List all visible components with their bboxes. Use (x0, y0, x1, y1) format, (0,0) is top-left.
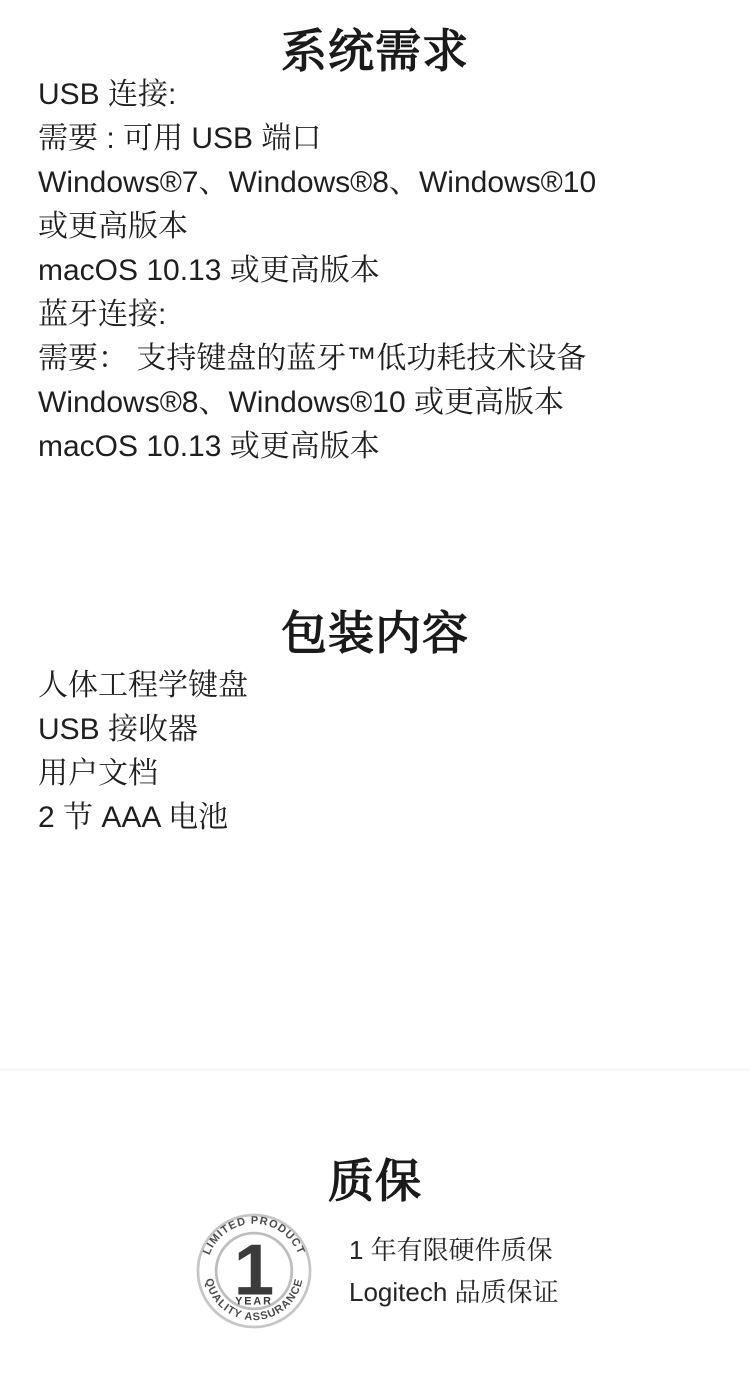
system-requirements-list: USB 连接: 需要 : 可用 USB 端口 Windows®7、Windows… (38, 73, 718, 469)
package-content-item: 2 节 AAA 电池 (38, 796, 718, 840)
system-requirement-line: macOS 10.13 或更高版本 (38, 425, 718, 469)
badge-year-label: YEAR (235, 1295, 273, 1307)
warranty-text: 1 年有限硬件质保 Logitech 品质保证 (349, 1229, 559, 1313)
warranty-line: Logitech 品质保证 (349, 1271, 559, 1313)
system-requirement-line: USB 连接: (38, 73, 718, 117)
one-year-warranty-badge-icon: LIMITED PRODUCT QUALITY ASSURANCE 1 YEAR (195, 1212, 313, 1330)
system-requirement-line: 或更高版本 (38, 205, 718, 249)
warranty-title: 质保 (0, 1158, 750, 1204)
package-contents-title: 包装内容 (0, 610, 750, 656)
system-requirement-line: Windows®7、Windows®8、Windows®10 (38, 161, 718, 205)
package-content-item: USB 接收器 (38, 708, 718, 752)
system-requirement-line: macOS 10.13 或更高版本 (38, 249, 718, 293)
warranty-row: LIMITED PRODUCT QUALITY ASSURANCE 1 YEAR… (195, 1212, 559, 1330)
section-divider (0, 1068, 750, 1071)
system-requirements-title: 系统需求 (0, 28, 750, 74)
warranty-line: 1 年有限硬件质保 (349, 1229, 559, 1271)
system-requirement-line: 需要 : 可用 USB 端口 (38, 117, 718, 161)
package-contents-list: 人体工程学键盘 USB 接收器 用户文档 2 节 AAA 电池 (38, 664, 718, 840)
system-requirement-line: 需要： 支持键盘的蓝牙™低功耗技术设备 (38, 337, 718, 381)
package-content-item: 用户文档 (38, 752, 718, 796)
system-requirement-line: Windows®8、Windows®10 或更高版本 (38, 381, 718, 425)
package-content-item: 人体工程学键盘 (38, 664, 718, 708)
system-requirement-line: 蓝牙连接: (38, 293, 718, 337)
